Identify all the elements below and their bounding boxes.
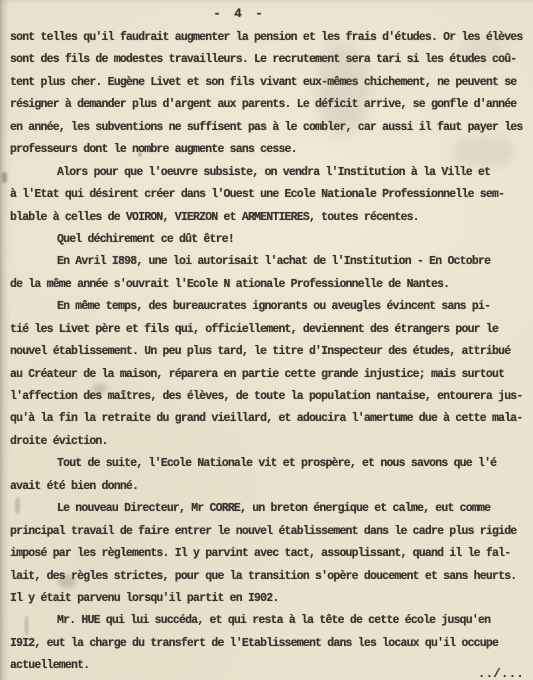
text-line-29: actuellement.: [10, 655, 530, 677]
text-line-11: En Avril I898, une loi autorisait l'acha…: [10, 251, 530, 273]
text-line-28: I9I2, eut la charge du transfert de l'Et…: [10, 633, 530, 655]
text-line-17: l'affection des maîtres, des élèves, de …: [10, 386, 530, 408]
document-page: - 4 - sont telles qu'il faudrait augment…: [0, 0, 533, 680]
text-line-6: professeurs dont le nombre augmente sans…: [10, 139, 530, 161]
page-number: - 4 -: [0, 7, 506, 21]
text-line-18: qu'à la fin la retraite du grand vieilla…: [10, 408, 530, 430]
text-line-22: Le nouveau Directeur, Mr CORRE, un breto…: [10, 498, 530, 520]
text-line-27: Mr. HUE qui lui succéda, et qui resta à …: [10, 610, 530, 632]
text-line-14: tié les Livet père et fils qui, officiel…: [10, 319, 530, 341]
text-line-1: sont telles qu'il faudrait augmenter la …: [10, 27, 530, 49]
text-line-21: avait été bien donné.: [10, 476, 530, 498]
text-line-3: tent plus cher. Eugène Livet et son fils…: [10, 72, 530, 94]
text-line-16: au Créateur de la maison, réparera en pa…: [10, 364, 530, 386]
text-line-24: imposé par les règlements. Il y parvint …: [10, 543, 530, 565]
document-body: sont telles qu'il faudrait augmenter la …: [10, 27, 530, 678]
text-line-23: principal travail de faire entrer le nou…: [10, 521, 530, 543]
text-line-19: droite éviction.: [10, 431, 530, 453]
text-line-15: nouvel établissement. Un peu plus tard, …: [10, 341, 530, 363]
text-line-4: résigner à demander plus d'argent aux pa…: [10, 94, 530, 116]
text-line-8: à l'Etat qui désirent créer dans l'Ouest…: [10, 184, 530, 206]
text-line-10: Quel déchirement ce dût être!: [10, 229, 530, 251]
text-line-2: sont des fils de modestes travailleurs. …: [10, 49, 530, 71]
text-line-26: Il y était parvenu lorsqu'il partit en I…: [10, 588, 530, 610]
text-line-7: Alors pour que l'oeuvre subsiste, on ven…: [10, 162, 530, 184]
paper-speck: [2, 172, 7, 183]
text-line-12: de la même année s'ouvrait l'Ecole N ati…: [10, 274, 530, 296]
continuation-mark: ../...: [478, 667, 524, 680]
text-line-9: blable à celles de VOIRON, VIERZON et AR…: [10, 207, 530, 229]
text-line-5: en année, les subventions ne suffisent p…: [10, 117, 530, 139]
text-line-13: En même temps, des bureaucrates ignorant…: [10, 296, 530, 318]
text-line-25: lait, des règles strictes, pour que la t…: [10, 566, 530, 588]
text-line-20: Tout de suite, l'Ecole Nationale vit et …: [10, 453, 530, 475]
